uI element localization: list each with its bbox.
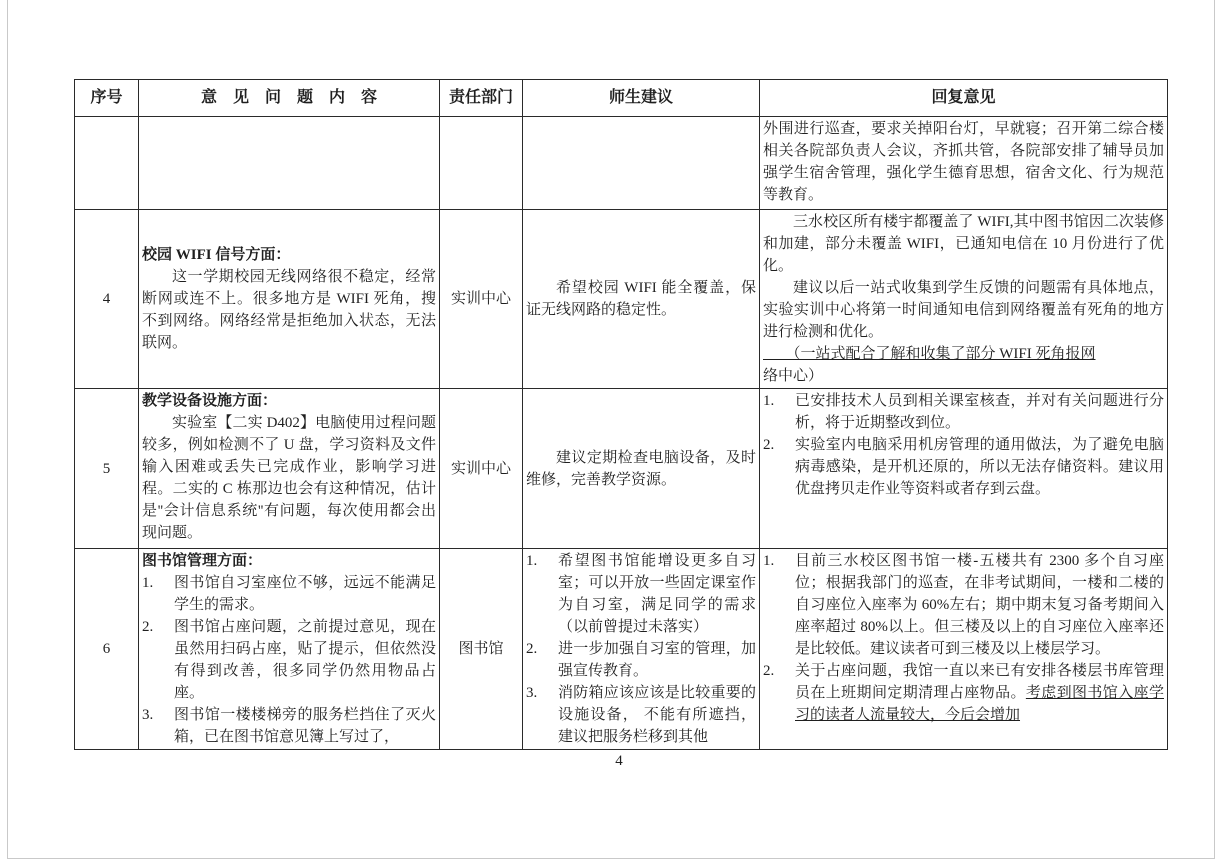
- row5-reply-cell: 1. 已安排技术人员到相关课室核查，并对有关问题进行分析，将于近期整改到位。 2…: [760, 389, 1168, 549]
- table-row-6: 6 图书馆管理方面： 1. 图书馆自习室座位不够，远远不能满足学生的需求。 2.…: [75, 549, 1168, 750]
- row6-reply-item-2-text: 关于占座问题，我馆一直以来已有安排各楼层书库管理员在上班期间定期清理占座物品。考…: [795, 660, 1164, 726]
- row4-no-cell: 4: [75, 210, 139, 389]
- row3-reply-cell: 外围进行巡查，要求关掉阳台灯，早就寝；召开第二综合楼相关各院部负责人会议，齐抓共…: [760, 117, 1168, 210]
- row5-suggestion-text: 建议定期检查电脑设备，及时维修，完善教学资源。: [526, 447, 756, 491]
- column-header-reply: 回复意见: [760, 80, 1168, 117]
- column-header-content: 意 见 问 题 内 容: [139, 80, 440, 117]
- row4-reply-paragraph-2: 建议以后一站式收集到学生反馈的问题需有具体地点，实验实训中心将第一时间通知电信到…: [763, 277, 1164, 343]
- row6-reply-cell: 1. 目前三水校区图书馆一楼-五楼共有 2300 多个自习座位；根据我部门的巡查…: [760, 549, 1168, 750]
- row5-content-cell: 教学设备设施方面： 实验室【二实 D402】电脑使用过程问题较多，例如检测不了 …: [139, 389, 440, 549]
- row4-content-title: 校园 WIFI 信号方面：: [142, 244, 436, 266]
- table-row-continuation: 外围进行巡查，要求关掉阳台灯，早就寝；召开第二综合楼相关各院部负责人会议，齐抓共…: [75, 117, 1168, 210]
- row6-content-item-2-text: 图书馆占座问题，之前提过意见，现在虽然用扫码占座，贴了提示，但依然没有得到改善，…: [174, 616, 436, 704]
- column-header-suggestion: 师生建议: [523, 80, 760, 117]
- row6-reply-item-1-text: 目前三水校区图书馆一楼-五楼共有 2300 多个自习座位；根据我部门的巡查，在非…: [795, 550, 1164, 660]
- row6-suggestion-item-3: 3. 消防箱应该应该是比较重要的设施设备， 不能有所遮挡，建议把服务栏移到其他: [526, 682, 756, 748]
- row4-content-body: 这一学期校园无线网络很不稳定，经常断网或连不上。很多地方是 WIFI 死角，搜不…: [142, 266, 436, 354]
- row6-suggestion-item-2-number: 2.: [526, 638, 558, 682]
- row5-reply-item-1-text: 已安排技术人员到相关课室核查，并对有关问题进行分析，将于近期整改到位。: [795, 390, 1164, 434]
- row4-reply-note-line1: （一站式配合了解和收集了部分 WIFI 死角报网: [763, 346, 1096, 362]
- row4-suggestion-cell: 希望校园 WIFI 能全覆盖，保证无线网路的稳定性。: [523, 210, 760, 389]
- row6-dept-cell: 图书馆: [440, 549, 523, 750]
- row6-suggestion-item-1-text: 希望图书馆能增设更多自习室；可以开放一些固定课室作为自习室，满足同学的需求（以前…: [558, 550, 756, 638]
- row6-suggestion-item-1: 1. 希望图书馆能增设更多自习室；可以开放一些固定课室作为自习室，满足同学的需求…: [526, 550, 756, 638]
- row5-dept-cell: 实训中心: [440, 389, 523, 549]
- row3-suggestion-cell: [523, 117, 760, 210]
- row6-suggestion-item-3-number: 3.: [526, 682, 558, 748]
- row6-suggestion-item-3-text: 消防箱应该应该是比较重要的设施设备， 不能有所遮挡，建议把服务栏移到其他: [558, 682, 756, 748]
- row6-content-item-3-text: 图书馆一楼楼梯旁的服务栏挡住了灭火箱，已在图书馆意见簿上写过了，: [174, 704, 436, 748]
- row5-reply-item-2-text: 实验室内电脑采用机房管理的通用做法，为了避免电脑病毒感染，是开机还原的，所以无法…: [795, 434, 1164, 500]
- row3-no-cell: [75, 117, 139, 210]
- table-row-5: 5 教学设备设施方面： 实验室【二实 D402】电脑使用过程问题较多，例如检测不…: [75, 389, 1168, 549]
- row6-content-item-1: 1. 图书馆自习室座位不够，远远不能满足学生的需求。: [142, 572, 436, 616]
- row6-suggestion-item-1-number: 1.: [526, 550, 558, 638]
- row6-content-item-3: 3. 图书馆一楼楼梯旁的服务栏挡住了灭火箱，已在图书馆意见簿上写过了，: [142, 704, 436, 748]
- row5-content-title: 教学设备设施方面：: [142, 390, 436, 412]
- row6-suggestion-cell: 1. 希望图书馆能增设更多自习室；可以开放一些固定课室作为自习室，满足同学的需求…: [523, 549, 760, 750]
- row5-reply-item-1-number: 1.: [763, 390, 795, 434]
- row4-reply-paragraph-1: 三水校区所有楼宇都覆盖了 WIFI,其中图书馆因二次装修和加建，部分未覆盖 WI…: [763, 211, 1164, 277]
- row6-content-cell: 图书馆管理方面： 1. 图书馆自习室座位不够，远远不能满足学生的需求。 2. 图…: [139, 549, 440, 750]
- document-page: 序号 意 见 问 题 内 容 责任部门 师生建议 回复意见 外围进行巡查，要求关…: [7, 0, 1215, 859]
- row5-reply-item-2: 2. 实验室内电脑采用机房管理的通用做法，为了避免电脑病毒感染，是开机还原的，所…: [763, 434, 1164, 500]
- row6-reply-item-1-number: 1.: [763, 550, 795, 660]
- row6-suggestion-item-2-text: 进一步加强自习室的管理，加强宣传教育。: [558, 638, 756, 682]
- page-number: 4: [8, 753, 1222, 770]
- row6-content-item-1-number: 1.: [142, 572, 174, 616]
- row5-suggestion-cell: 建议定期检查电脑设备，及时维修，完善教学资源。: [523, 389, 760, 549]
- row4-reply-note-line2: 络中心）: [763, 368, 823, 384]
- column-header-no: 序号: [75, 80, 139, 117]
- row6-content-item-3-number: 3.: [142, 704, 174, 748]
- row3-dept-cell: [440, 117, 523, 210]
- row4-suggestion-text: 希望校园 WIFI 能全覆盖，保证无线网路的稳定性。: [526, 277, 756, 321]
- row6-no-cell: 6: [75, 549, 139, 750]
- row4-reply-note: （一站式配合了解和收集了部分 WIFI 死角报网络中心）: [763, 343, 1164, 387]
- column-header-dept: 责任部门: [440, 80, 523, 117]
- row6-reply-item-2: 2. 关于占座问题，我馆一直以来已有安排各楼层书库管理员在上班期间定期清理占座物…: [763, 660, 1164, 726]
- row6-content-item-2-number: 2.: [142, 616, 174, 704]
- row6-suggestion-item-2: 2. 进一步加强自习室的管理，加强宣传教育。: [526, 638, 756, 682]
- row6-reply-item-2-number: 2.: [763, 660, 795, 726]
- row4-dept-cell: 实训中心: [440, 210, 523, 389]
- row3-reply-text: 外围进行巡查，要求关掉阳台灯，早就寝；召开第二综合楼相关各院部负责人会议，齐抓共…: [763, 118, 1164, 206]
- row6-content-item-2: 2. 图书馆占座问题，之前提过意见，现在虽然用扫码占座，贴了提示，但依然没有得到…: [142, 616, 436, 704]
- row6-content-item-1-text: 图书馆自习室座位不够，远远不能满足学生的需求。: [174, 572, 436, 616]
- row5-reply-item-1: 1. 已安排技术人员到相关课室核查，并对有关问题进行分析，将于近期整改到位。: [763, 390, 1164, 434]
- row6-content-title: 图书馆管理方面：: [142, 550, 436, 572]
- row5-content-body: 实验室【二实 D402】电脑使用过程问题较多，例如检测不了 U 盘，学习资料及文…: [142, 412, 436, 544]
- row6-reply-item-1: 1. 目前三水校区图书馆一楼-五楼共有 2300 多个自习座位；根据我部门的巡查…: [763, 550, 1164, 660]
- row5-reply-item-2-number: 2.: [763, 434, 795, 500]
- row3-content-cell: [139, 117, 440, 210]
- row4-reply-cell: 三水校区所有楼宇都覆盖了 WIFI,其中图书馆因二次装修和加建，部分未覆盖 WI…: [760, 210, 1168, 389]
- row4-content-cell: 校园 WIFI 信号方面： 这一学期校园无线网络很不稳定，经常断网或连不上。很多…: [139, 210, 440, 389]
- row5-no-cell: 5: [75, 389, 139, 549]
- feedback-table: 序号 意 见 问 题 内 容 责任部门 师生建议 回复意见 外围进行巡查，要求关…: [74, 79, 1168, 750]
- table-row-4: 4 校园 WIFI 信号方面： 这一学期校园无线网络很不稳定，经常断网或连不上。…: [75, 210, 1168, 389]
- table-header-row: 序号 意 见 问 题 内 容 责任部门 师生建议 回复意见: [75, 80, 1168, 117]
